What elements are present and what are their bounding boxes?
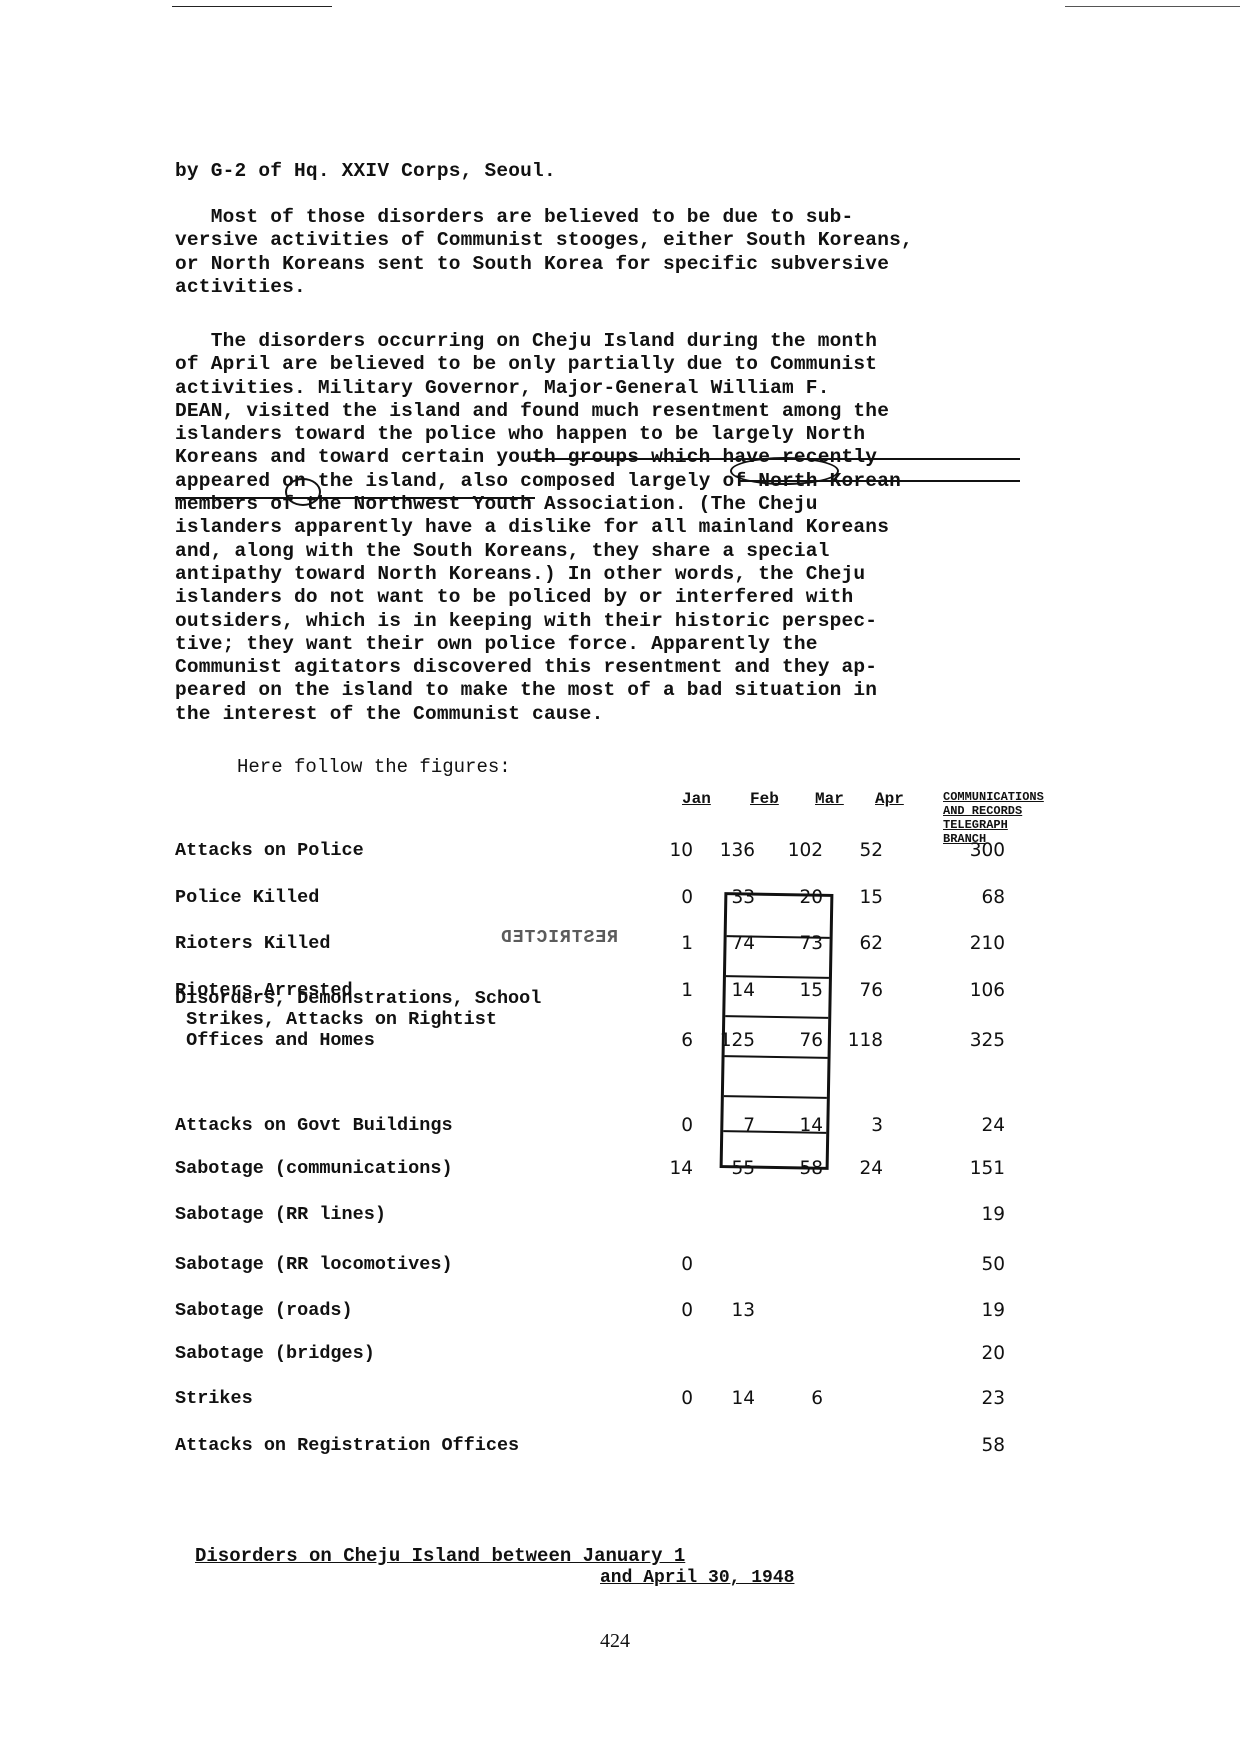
cell-jan: 0 xyxy=(653,887,693,908)
row-label: Sabotage (bridges) xyxy=(175,1343,375,1364)
cell-jan: 0 xyxy=(653,1388,693,1409)
cell-apr: 3 xyxy=(843,1115,883,1136)
table-caption-date: and April 30, 1948 xyxy=(600,1568,794,1588)
row-label: Sabotage (RR locomotives) xyxy=(175,1254,453,1275)
cell-total: 151 xyxy=(955,1158,1005,1179)
cell-apr: 76 xyxy=(843,980,883,1001)
cell-total: 19 xyxy=(955,1204,1005,1225)
ruled-box-stamp xyxy=(720,892,834,1170)
paragraph-cheju-disorders: The disorders occurring on Cheju Island … xyxy=(175,330,1075,726)
restricted-stamp-mirrored: RESTRICTED xyxy=(500,928,618,948)
row-label: Attacks on Govt Buildings xyxy=(175,1115,453,1136)
cell-total: 325 xyxy=(955,1030,1005,1051)
row-label: Sabotage (communications) xyxy=(175,1158,453,1179)
column-header-jan: Jan xyxy=(682,790,711,808)
cell-apr: 24 xyxy=(843,1158,883,1179)
row-label: Sabotage (roads) xyxy=(175,1300,353,1321)
figures-intro: Here follow the figures: xyxy=(237,756,511,778)
top-rule-right xyxy=(1065,6,1240,7)
cell-feb: 13 xyxy=(715,1300,755,1321)
row-label: Police Killed xyxy=(175,887,319,908)
column-header-overprint: COMMUNICATIONS AND RECORDS TELEGRAPH BRA… xyxy=(943,790,1053,846)
cell-apr: 52 xyxy=(843,840,883,861)
cell-jan: 0 xyxy=(653,1115,693,1136)
cell-total: 23 xyxy=(955,1388,1005,1409)
cell-total: 50 xyxy=(955,1254,1005,1275)
row-label: Rioters Killed xyxy=(175,933,330,954)
column-header-feb: Feb xyxy=(750,790,779,808)
cell-jan: 0 xyxy=(653,1300,693,1321)
cell-mar: 6 xyxy=(783,1388,823,1409)
cell-total: 106 xyxy=(955,980,1005,1001)
row-label: Sabotage (RR lines) xyxy=(175,1204,386,1225)
cell-apr: 118 xyxy=(843,1030,883,1051)
cell-total: 20 xyxy=(955,1343,1005,1364)
row-label: Attacks on Police xyxy=(175,840,364,861)
column-header-mar: Mar xyxy=(815,790,844,808)
paragraph-subversive: Most of those disorders are believed to … xyxy=(175,206,1075,299)
cell-total: 24 xyxy=(955,1115,1005,1136)
page-number: 424 xyxy=(600,1630,630,1653)
cell-feb: 136 xyxy=(715,840,755,861)
cell-total: 210 xyxy=(955,933,1005,954)
cell-jan: 14 xyxy=(653,1158,693,1179)
cell-jan: 1 xyxy=(653,933,693,954)
table-caption: Disorders on Cheju Island between Januar… xyxy=(195,1545,685,1567)
column-header-apr: Apr xyxy=(875,790,904,808)
row-label: Strikes xyxy=(175,1388,253,1409)
cell-jan: 10 xyxy=(653,840,693,861)
pen-underline-2 xyxy=(740,480,1020,482)
cell-total: 300 xyxy=(955,840,1005,861)
paragraph-source-line: by G-2 of Hq. XXIV Corps, Seoul. xyxy=(175,160,1075,183)
top-rule-left xyxy=(172,6,332,7)
cell-feb: 14 xyxy=(715,1388,755,1409)
cell-jan: 0 xyxy=(653,1254,693,1275)
cell-total: 68 xyxy=(955,887,1005,908)
pen-circle-and xyxy=(285,478,321,506)
cell-total: 19 xyxy=(955,1300,1005,1321)
pen-underline-3 xyxy=(175,497,535,499)
cell-jan: 6 xyxy=(653,1030,693,1051)
row-label: Attacks on Registration Offices xyxy=(175,1435,519,1456)
cell-total: 58 xyxy=(955,1435,1005,1456)
cell-jan: 1 xyxy=(653,980,693,1001)
row-label: Disorders, Demonstrations, School Strike… xyxy=(175,988,541,1051)
cell-apr: 15 xyxy=(843,887,883,908)
cell-apr: 62 xyxy=(843,933,883,954)
cell-mar: 102 xyxy=(783,840,823,861)
pen-underline-1 xyxy=(530,458,1020,460)
